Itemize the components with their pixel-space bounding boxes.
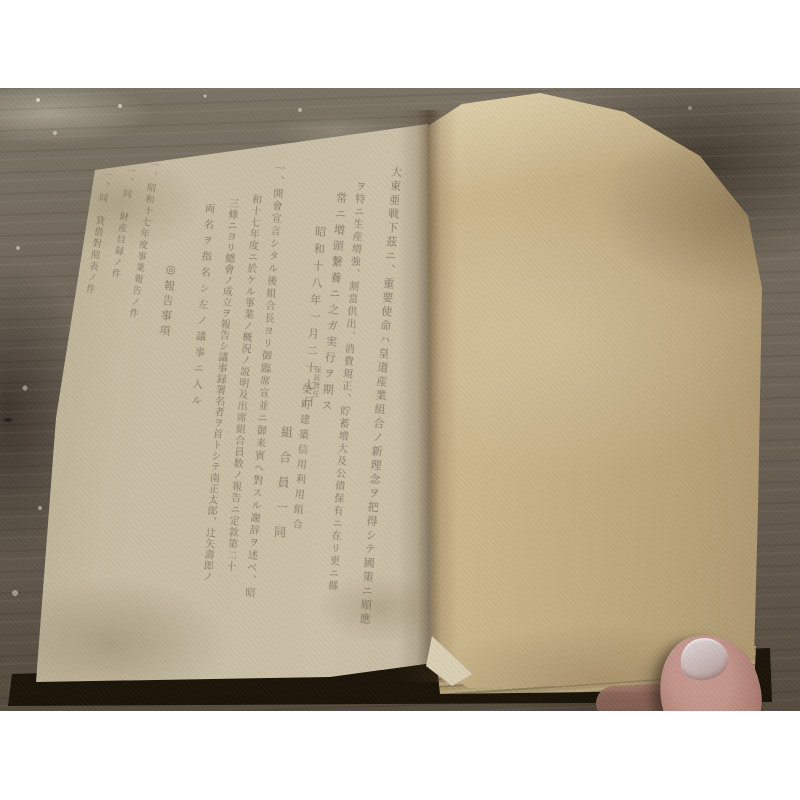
text-column-report-heading: ◎報告事項 (158, 262, 177, 340)
text-column-organization: 榮町建築信用利用組合 (290, 384, 310, 534)
text-column-agenda-item-2: 一、同 財産目録ノ件 (109, 165, 134, 280)
book-gutter-shadow (398, 110, 458, 682)
book-photo: 大東亜戦下茲ニ、重要使命ハ皇道産業組合ノ新理念ヲ把得シテ國策ニ順應 ヲ特ニ生産増… (0, 88, 800, 711)
text-column-minutes-4: 両名ヲ指名シ左ノ議事ニ入ル (189, 203, 213, 411)
text-column-liability: 保証責任 (312, 366, 321, 398)
text-column-pledge-1: 大東亜戦下茲ニ、重要使命ハ皇道産業組合ノ新理念ヲ把得シテ國策ニ順應 (359, 166, 402, 628)
thumb (648, 634, 788, 711)
